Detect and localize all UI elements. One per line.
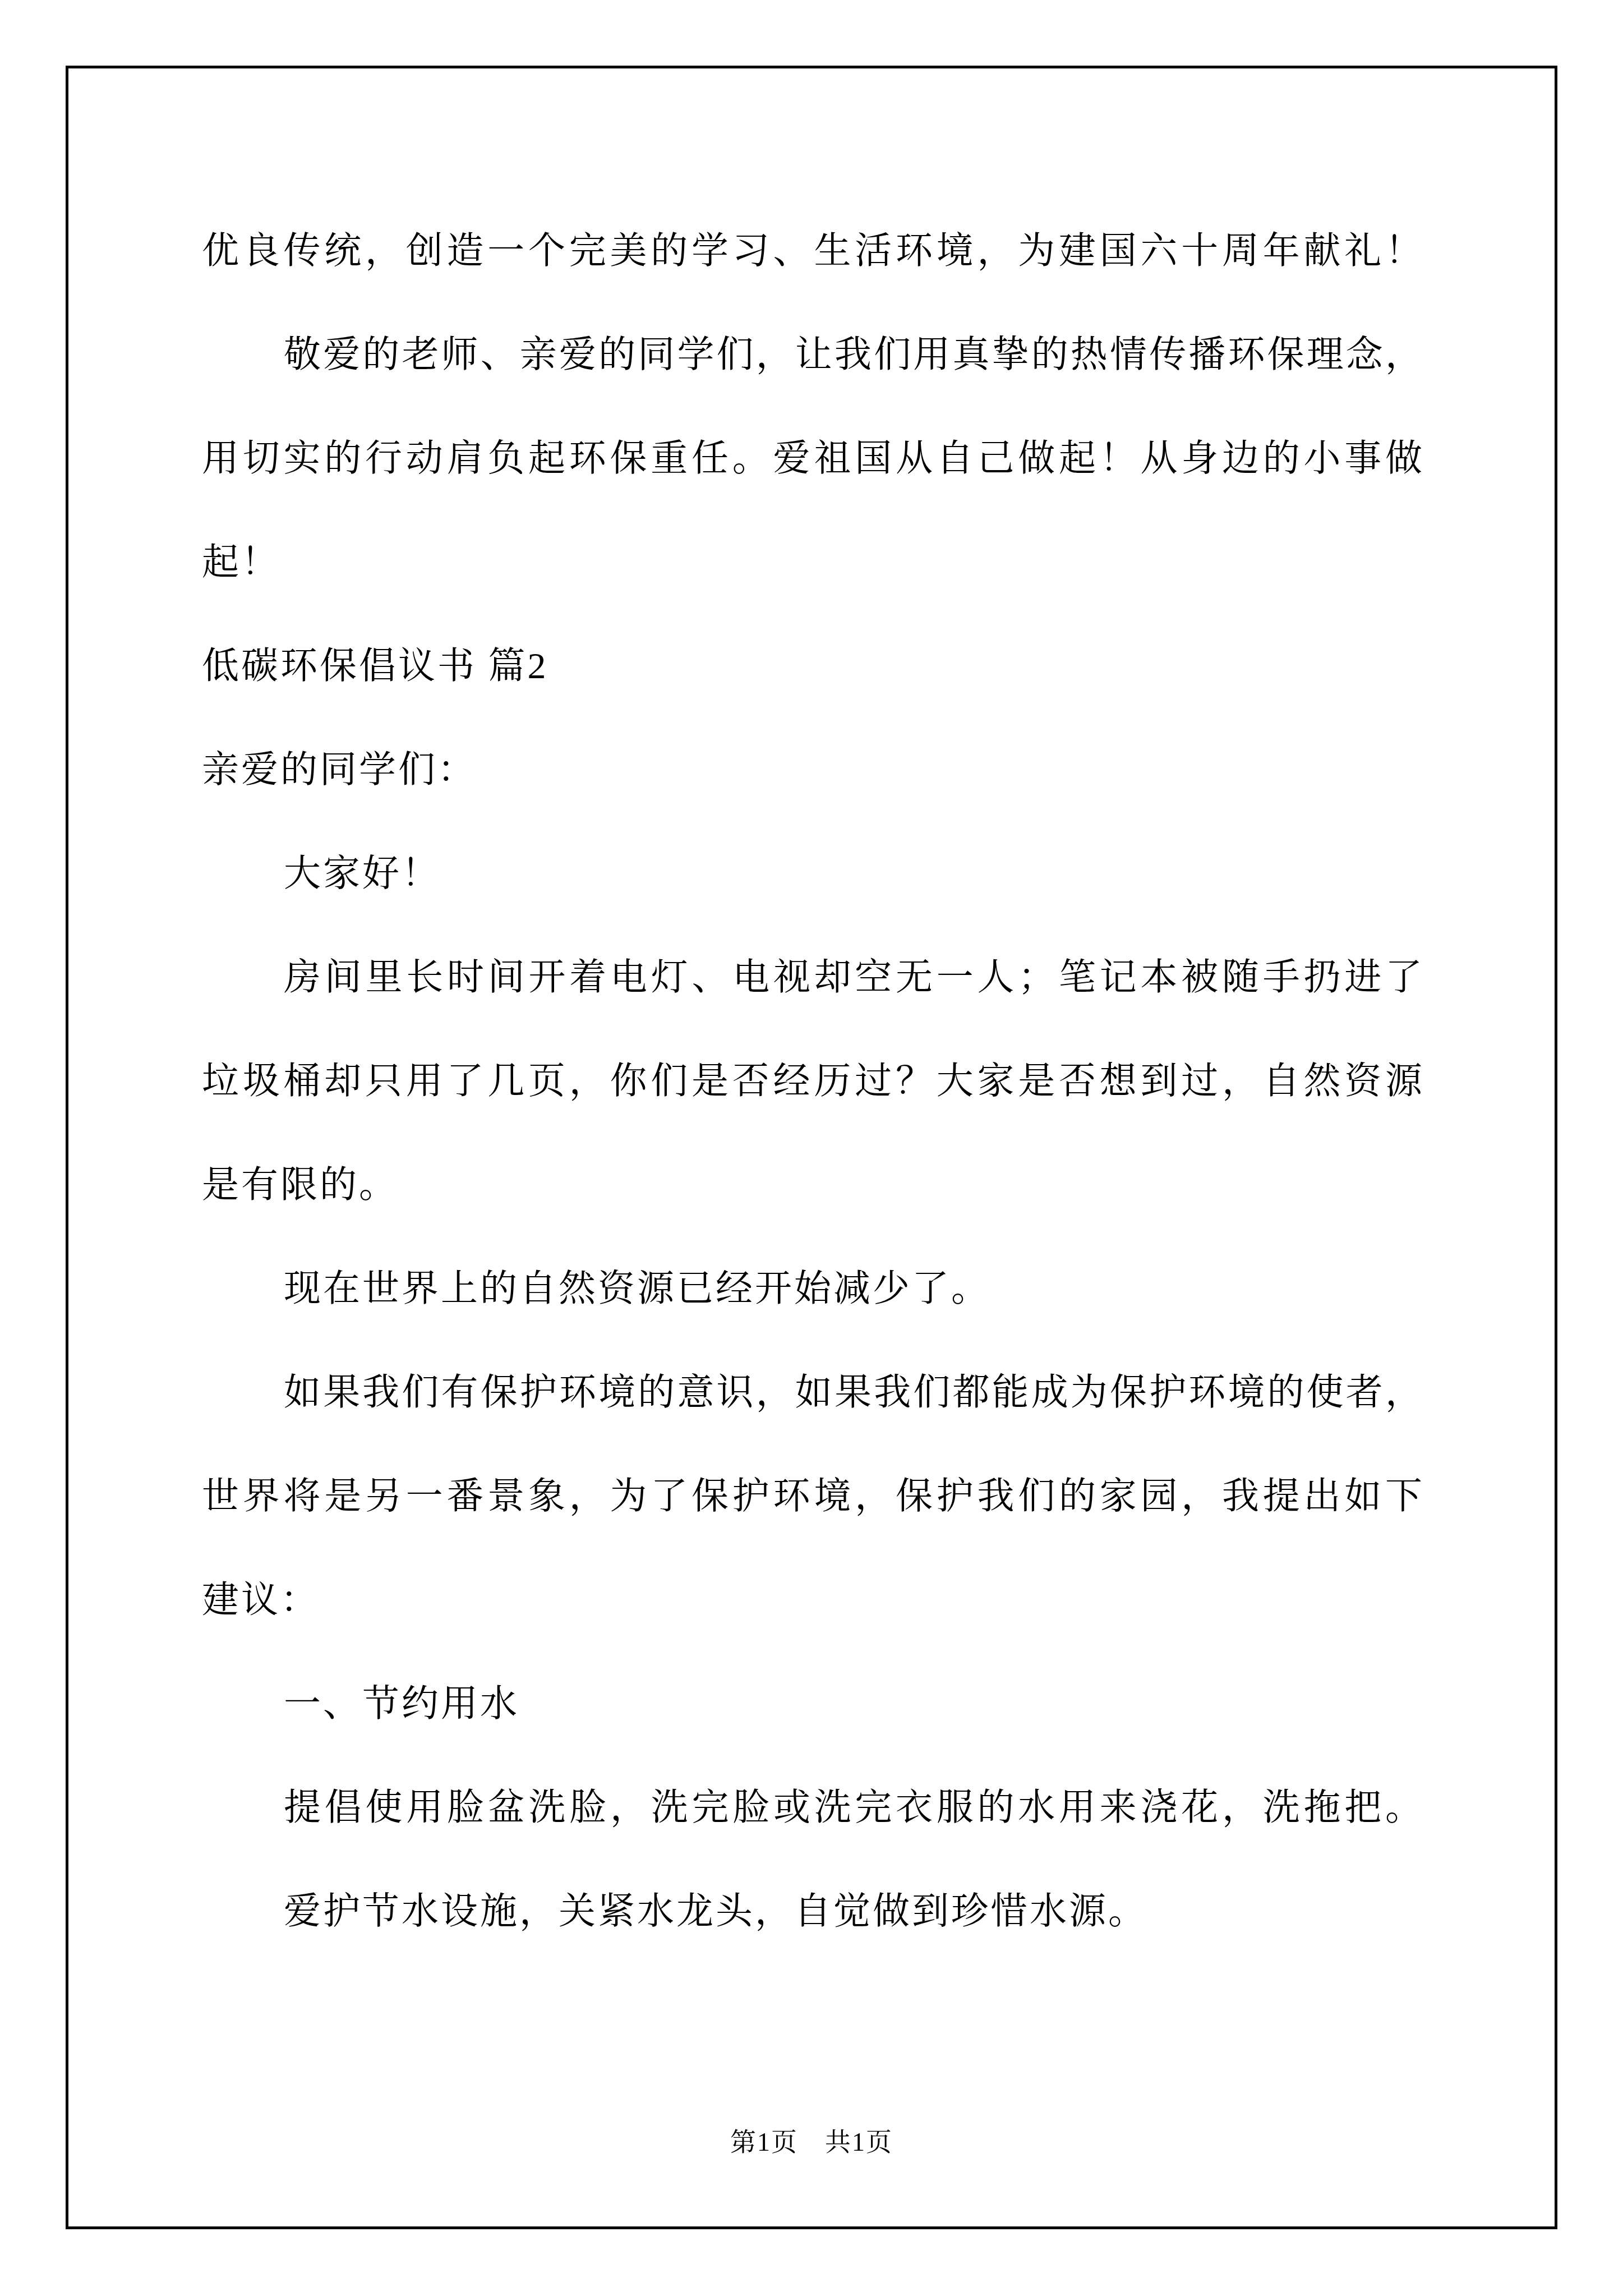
text-line: 房间里长时间开着电灯、电视却空无一人；笔记本被随手扔进了 (202, 926, 1424, 1029)
text-line: 用切实的行动肩负起环保重任。爱祖国从自己做起！从身边的小事做 (202, 407, 1424, 510)
text-line: 爱护节水设施，关紧水龙头，自觉做到珍惜水源。 (202, 1860, 1424, 1963)
text-line: 提倡使用脸盆洗脸，洗完脸或洗完衣服的水用来浇花，洗拖把。 (202, 1756, 1424, 1860)
text-line: 建议： (202, 1548, 1424, 1652)
text-line: 亲爱的同学们： (202, 718, 1424, 822)
text-line: 现在世界上的自然资源已经开始减少了。 (202, 1237, 1424, 1341)
text-line: 垃圾桶却只用了几页，你们是否经历过？大家是否想到过，自然资源 (202, 1029, 1424, 1133)
page-footer: 第1页 共1页 (0, 2128, 1623, 2157)
text-line: 大家好！ (202, 822, 1424, 926)
text-line: 起！ (202, 510, 1424, 614)
document-page: 优良传统，创造一个完美的学习、生活环境，为建国六十周年献礼！ 敬爱的老师、亲爱的… (0, 0, 1623, 2296)
text-line: 敬爱的老师、亲爱的同学们，让我们用真挚的热情传播环保理念， (202, 303, 1424, 407)
text-line: 如果我们有保护环境的意识，如果我们都能成为保护环境的使者， (202, 1341, 1424, 1444)
text-line: 低碳环保倡议书 篇2 (202, 614, 1424, 718)
document-content: 优良传统，创造一个完美的学习、生活环境，为建国六十周年献礼！ 敬爱的老师、亲爱的… (202, 199, 1424, 1963)
text-line: 优良传统，创造一个完美的学习、生活环境，为建国六十周年献礼！ (202, 199, 1424, 303)
text-line: 世界将是另一番景象，为了保护环境，保护我们的家园，我提出如下 (202, 1444, 1424, 1548)
text-line: 一、节约用水 (202, 1652, 1424, 1756)
text-line: 是有限的。 (202, 1133, 1424, 1237)
